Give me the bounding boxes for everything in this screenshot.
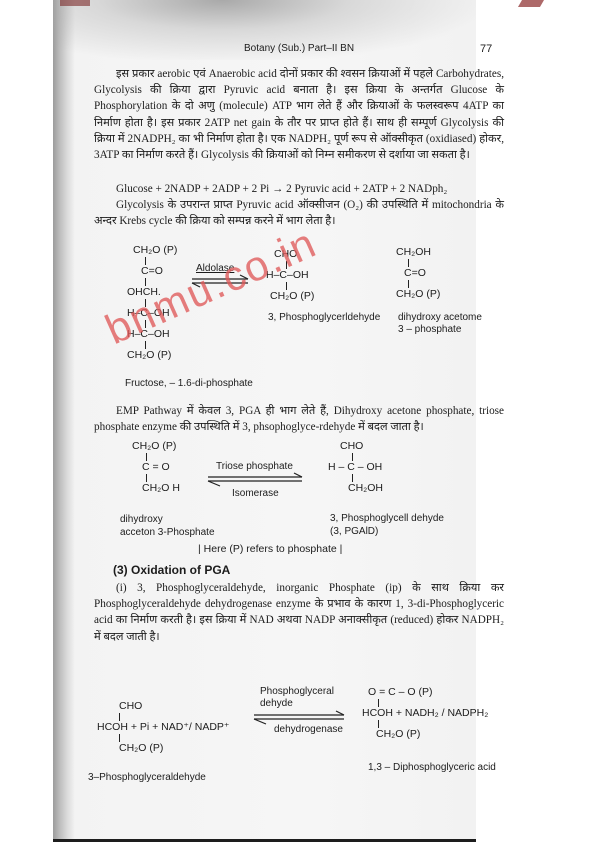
bpg-structure: O = C – O (P) HCOH + NADH₂ / NADPH₂ CH₂O… xyxy=(362,686,488,741)
dhap-label-line2: 3 – phosphate xyxy=(398,324,461,336)
scan-edge-mark xyxy=(518,0,544,7)
formula-line: CH₂O (P) xyxy=(132,440,180,453)
dhap-structure: CH₂OH C=O CH₂O (P) xyxy=(396,246,440,301)
formula-line: CH₂OH xyxy=(396,246,440,259)
paragraph-text: EMP Pathway में केवल 3, PGA ही भाग लेते … xyxy=(94,403,504,435)
pgal-2-label-line1: 3, Phosphoglycell dehyde xyxy=(330,513,444,525)
formula-line: C = O xyxy=(132,461,180,474)
formula-line: CH₂O (P) xyxy=(362,728,488,741)
formula-line: HCOH + NADH₂ / NADPH₂ xyxy=(362,707,488,720)
binding-shadow xyxy=(53,0,75,842)
formula-line: CH₂O H xyxy=(132,482,180,495)
formula-line: O = C – O (P) xyxy=(362,686,488,699)
formula-line: HCOH + Pi + NAD⁺/ NADP⁺ xyxy=(97,721,229,734)
dhap-structure-2: CH₂O (P) C = O CH₂O H xyxy=(132,440,180,495)
glycolysis-equation: Glucose + 2NADP + 2ADP + 2 Pi → 2 Pyruvi… xyxy=(116,181,516,197)
header-title: Botany (Sub.) Part–II BN xyxy=(244,43,354,54)
enzyme-label-top: Triose phosphate xyxy=(216,461,293,472)
formula-line: CH₂O (P) xyxy=(127,349,177,362)
enzyme-label-top2: dehyde xyxy=(260,698,293,709)
formula-line: C=O xyxy=(396,267,440,280)
formula-line: C=O xyxy=(127,265,177,278)
formula-line: CH₂OH xyxy=(328,482,383,495)
paragraph-text: (i) 3, Phosphoglyceraldehyde, inorganic … xyxy=(94,580,504,645)
enzyme-label-top1: Phosphoglyceral xyxy=(260,686,334,697)
section-heading: (3) Oxidation of PGA xyxy=(113,563,230,577)
equation-text: Glucose + 2NADP + 2ADP + 2 Pi → 2 Pyruvi… xyxy=(116,181,516,197)
isomerase-equilibrium-arrow: Triose phosphate Isomerase xyxy=(206,464,306,500)
pgal-structure-3: CHO HCOH + Pi + NAD⁺/ NADP⁺ CH₂O (P) xyxy=(97,700,229,755)
fructose-label: Fructose, – 1.6-di-phosphate xyxy=(125,378,253,390)
pgal-2-label-line2: (3, PGAlD) xyxy=(330,526,378,538)
phosphate-note: | Here (P) refers to phosphate | xyxy=(198,543,342,555)
formula-line: CHO xyxy=(97,700,229,713)
dhap-2-label-line1: dihydroxy xyxy=(120,514,163,526)
enzyme-label-bottom: Isomerase xyxy=(232,488,279,499)
paragraph-text: इस प्रकार aerobic एवं Anaerobic acid दोन… xyxy=(94,66,504,163)
paragraph-oxidation: (i) 3, Phosphoglyceraldehyde, inorganic … xyxy=(94,580,504,645)
enzyme-label-bottom: dehydrogenase xyxy=(274,724,343,735)
page-number: 77 xyxy=(480,43,492,55)
formula-line: H – C – OH xyxy=(328,461,383,474)
formula-line: CHO xyxy=(328,440,383,453)
dhap-2-label-line2: acceton 3-Phosphate xyxy=(120,527,215,539)
paragraph-glycolysis-intro: इस प्रकार aerobic एवं Anaerobic acid दोन… xyxy=(94,66,504,163)
pgal-label: 3, Phosphoglycerldehyde xyxy=(268,312,380,324)
bpg-label: 1,3 – Diphosphoglyceric acid xyxy=(368,762,496,774)
pgal-structure-2: CHO H – C – OH CH₂OH xyxy=(328,440,383,495)
dehydrogenase-equilibrium-arrow: Phosphoglyceral dehyde dehydrogenase xyxy=(252,686,348,738)
formula-line: CH₂O (P) xyxy=(127,244,177,257)
formula-line: CH₂O (P) xyxy=(396,288,440,301)
formula-line: CH₂O (P) xyxy=(97,742,229,755)
scan-edge-mark xyxy=(60,0,90,6)
pgal-3-label: 3–Phosphoglyceraldehyde xyxy=(88,772,206,784)
formula-line: CH₂O (P) xyxy=(266,290,314,303)
dhap-label-line1: dihydroxy acetome xyxy=(398,312,482,324)
paragraph-emp-pathway: EMP Pathway में केवल 3, PGA ही भाग लेते … xyxy=(94,403,504,435)
